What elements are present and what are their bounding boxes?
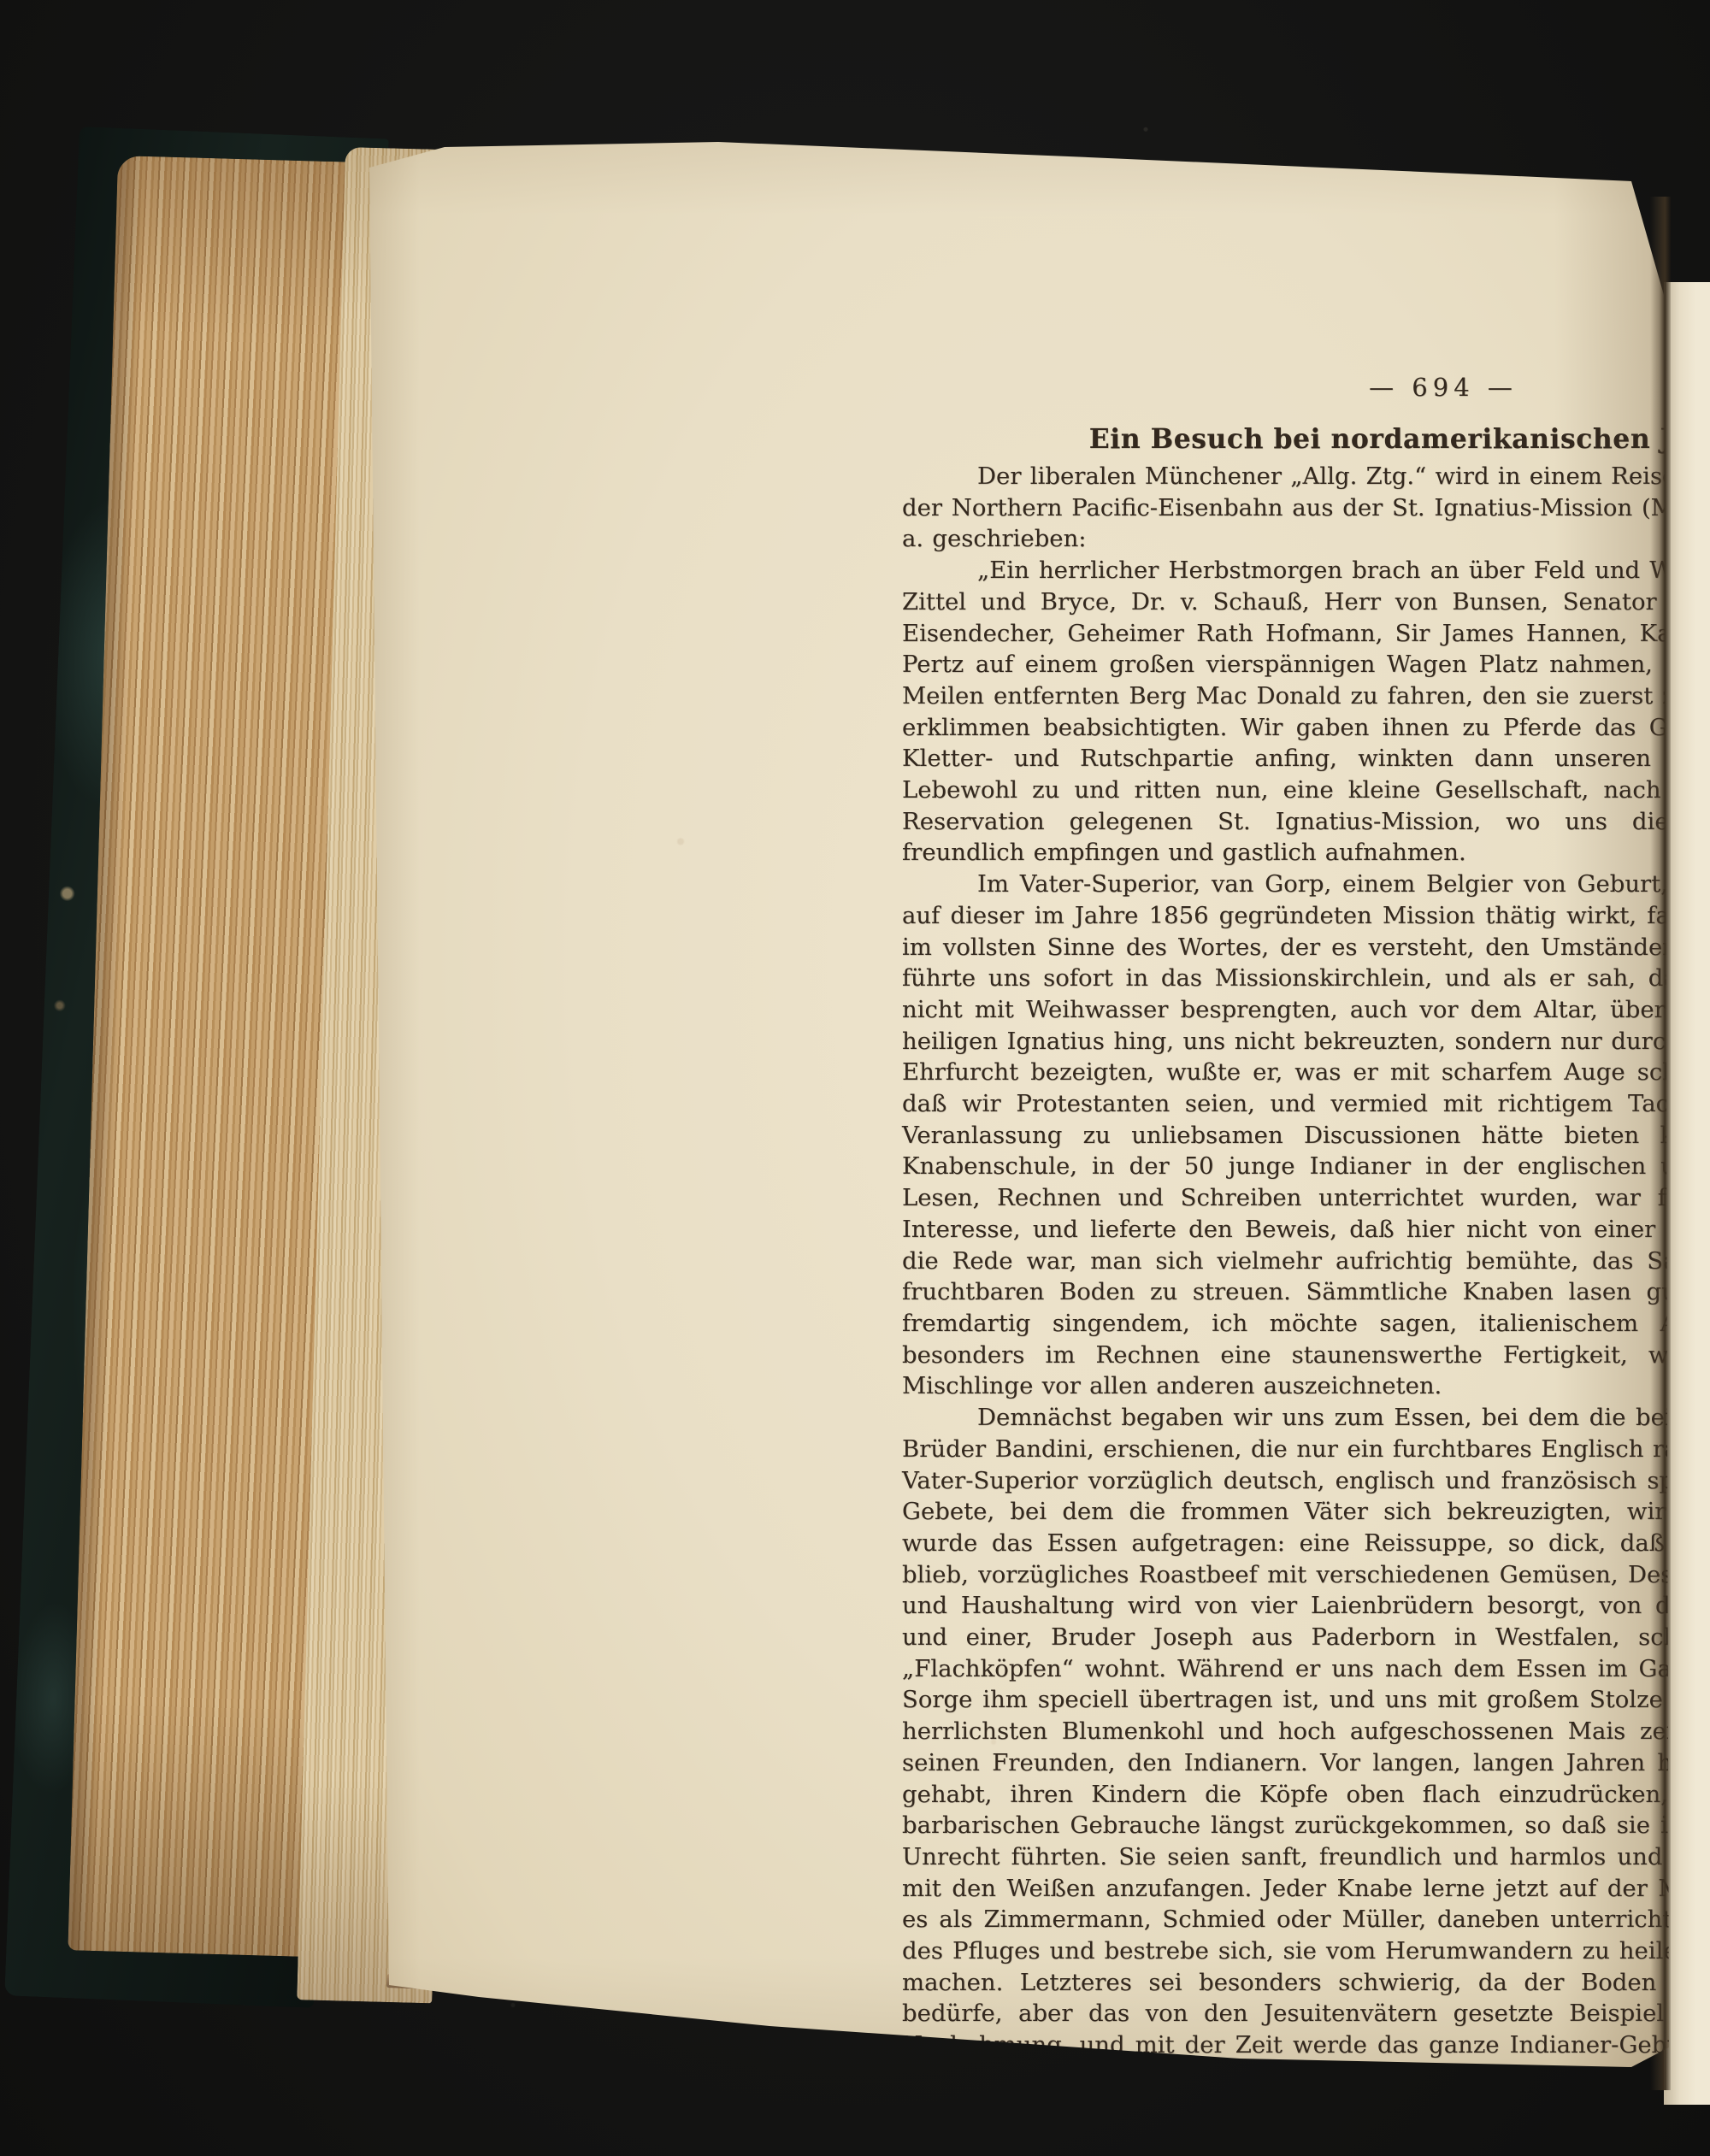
page-content: — 694 — Ein Besuch bei nordamerikanische… [902,373,1710,2093]
article-title: Ein Besuch bei nordamerikanischen Jesuit… [902,424,1710,455]
page-number: — 694 — [902,373,1710,402]
article-paragraph: Der liberalen Münchener „Allg. Ztg.“ wir… [902,461,1710,555]
next-page-edge [1664,282,1710,2105]
book-page: — 694 — Ein Besuch bei nordamerikanische… [368,137,1672,2094]
article-paragraph: Demnächst begaben wir uns zum Essen, bei… [902,1402,1710,2092]
article-paragraph: Im Vater-Superior, van Gorp, einem Belgi… [902,869,1710,1402]
photo-background: — 694 — Ein Besuch bei nordamerikanische… [0,0,1710,2156]
page-crease-shadow [1650,197,1671,2090]
article-paragraph: „Ein herrlicher Herbstmorgen brach an üb… [902,555,1710,869]
